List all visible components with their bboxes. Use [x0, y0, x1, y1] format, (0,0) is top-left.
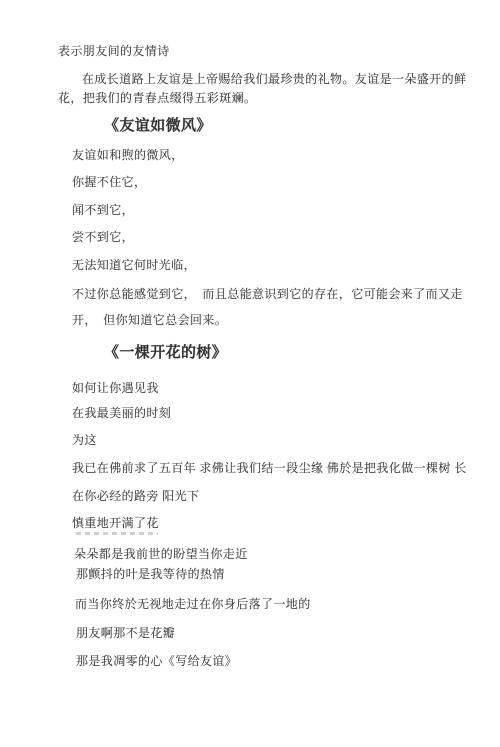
poem-2-line: 而当你终於无视地走过在你身后落了一地的: [75, 597, 311, 611]
poem-2-line: 我已在佛前求了五百年 求佛让我们结一段尘缘 佛於是把我化做一棵树 长: [72, 461, 467, 475]
scan-artifact: [76, 532, 158, 535]
poem-2-line: 朵朵都是我前世的盼望当你走近: [74, 547, 248, 561]
poem-2-line: 朋友啊那不是花瓣: [76, 626, 175, 640]
intro-paragraph-line-2: 花，把我们的青春点缀得五彩斑斓。: [58, 91, 256, 105]
poem-1-line: 友谊如和煦的微风，: [72, 148, 184, 162]
intro-paragraph-line-1: 在成长道路上友谊是上帝赐给我们最珍贵的礼物。友谊是一朵盛开的鲜: [82, 72, 466, 86]
poem-2-line: 在你必经的路旁 阳光下: [72, 489, 199, 503]
document-title: 表示朋友间的友情诗: [58, 44, 170, 58]
poem-2-line: 那颤抖的叶是我等待的热情: [76, 567, 225, 581]
poem-2-heading: 《一棵开花的树》: [104, 344, 227, 362]
poem-2-line: 那是我凋零的心《写给友谊》: [76, 654, 237, 668]
poem-2-line: 为这: [72, 433, 97, 447]
poem-1-line: 尝不到它，: [72, 230, 134, 244]
document-page: 表示朋友间的友情诗 在成长道路上友谊是上帝赐给我们最珍贵的礼物。友谊是一朵盛开的…: [0, 0, 500, 747]
poem-2-line: 在我最美丽的时刻: [72, 406, 171, 420]
poem-1-line: 开， 但你知道它总会回来。: [72, 313, 227, 327]
poem-1-line: 闻不到它，: [72, 203, 134, 217]
poem-2-line: 如何让你遇见我: [72, 381, 159, 395]
poem-1-line: 你握不住它，: [72, 175, 146, 189]
poem-1-heading: 《友谊如微风》: [104, 117, 212, 135]
poem-1-line: 不过你总能感觉到它， 而且总能意识到它的存在，它可能会来了而又走: [72, 287, 463, 301]
poem-2-line: 慎重地开满了花: [72, 516, 159, 530]
poem-1-line: 无法知道它何时光临，: [72, 258, 196, 272]
